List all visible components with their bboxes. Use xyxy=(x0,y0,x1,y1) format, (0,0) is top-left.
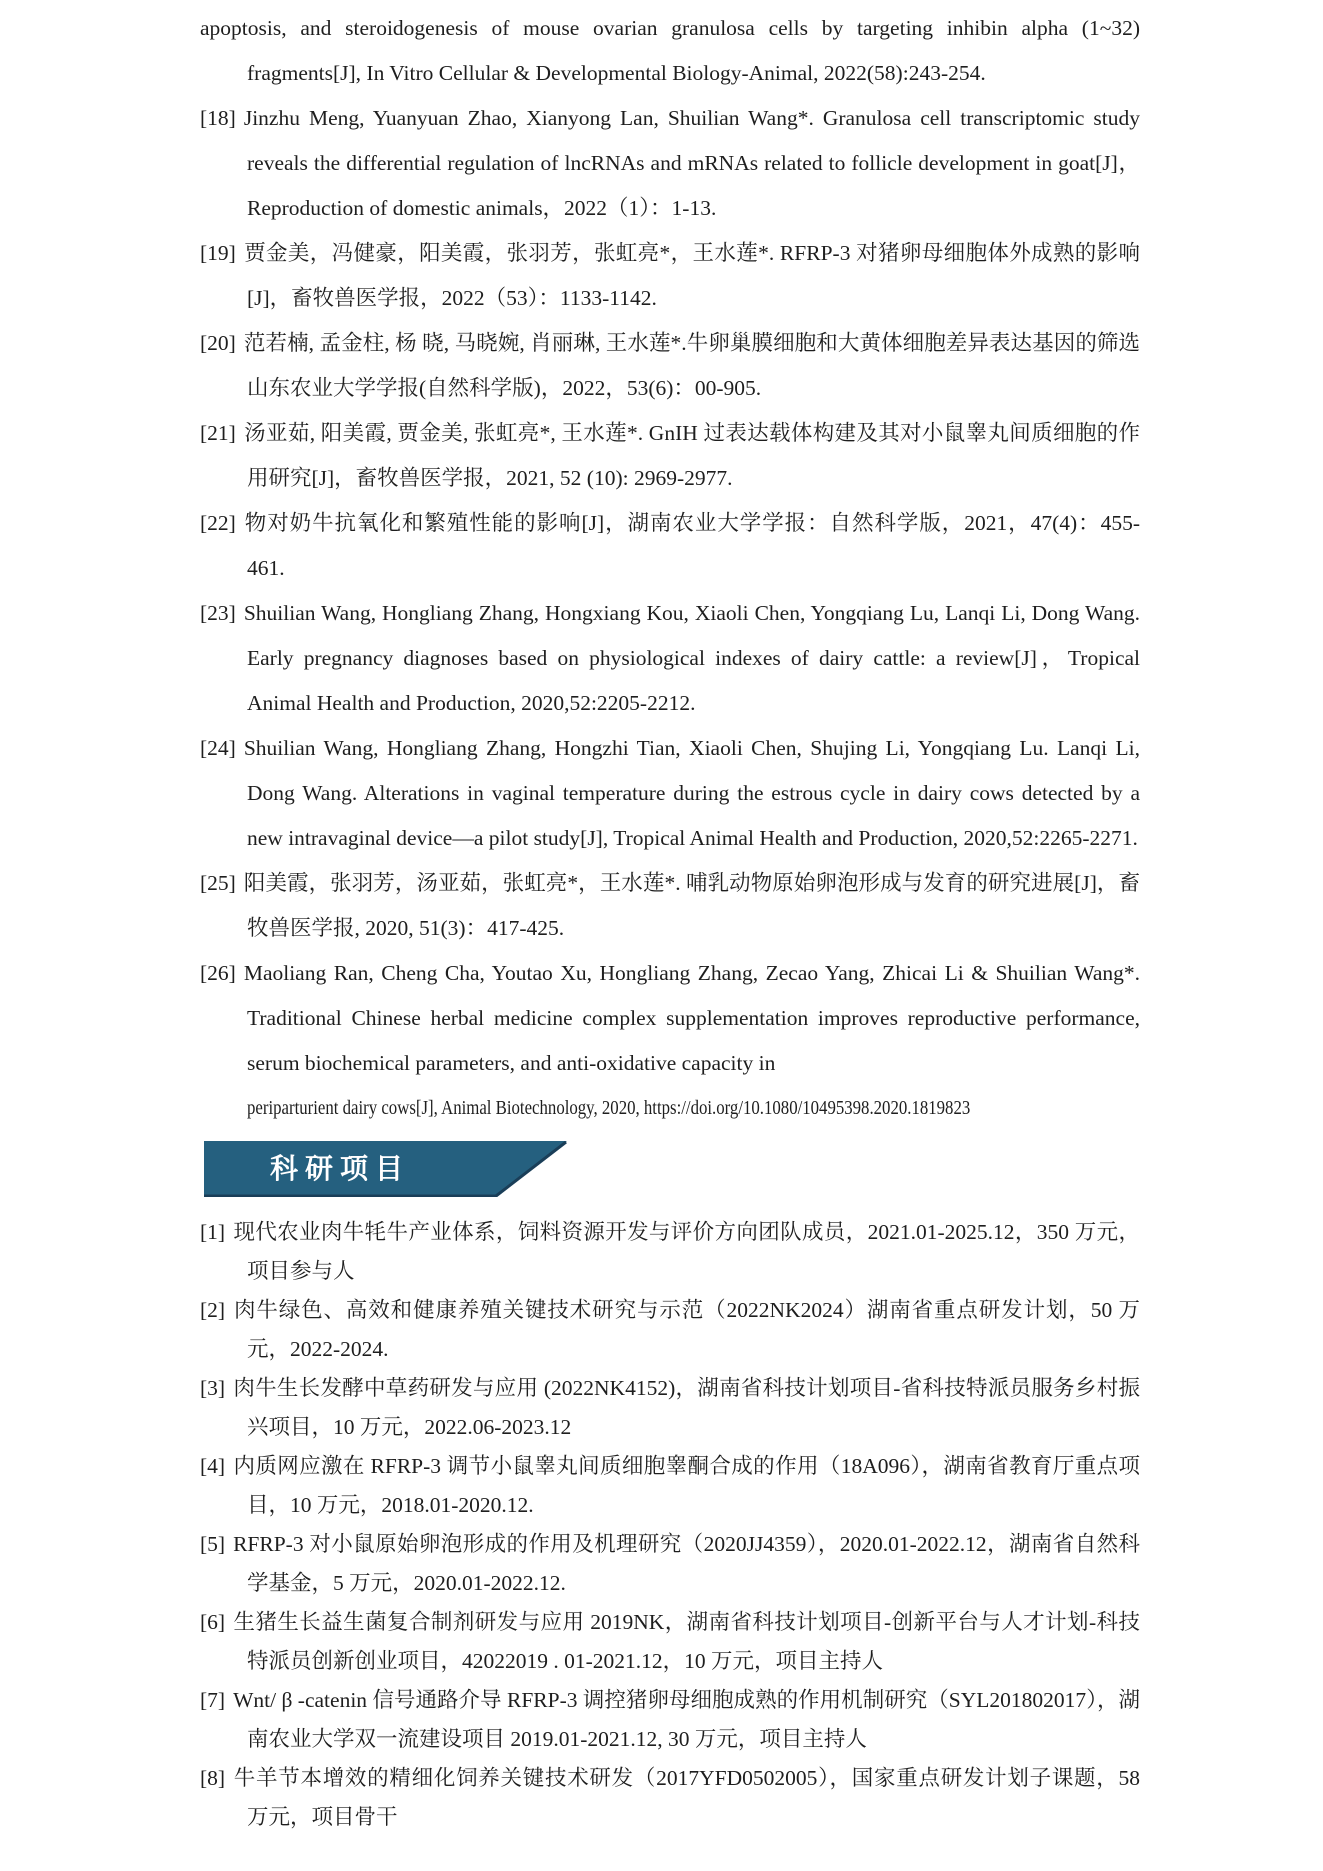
publication-text-condensed: periparturient dairy cows[J], Animal Bio… xyxy=(247,1086,997,1131)
publication-ref-number: [22] xyxy=(200,511,236,535)
project-text: 肉牛绿色、高效和健康养殖关键技术研究与示范（2022NK2024）湖南省重点研发… xyxy=(233,1298,1140,1361)
publication-item: [22]物对奶牛抗氧化和繁殖性能的影响[J]，湖南农业大学学报：自然科学版，20… xyxy=(200,501,1140,591)
publication-ref-number: [18] xyxy=(200,106,236,130)
publication-ref-number: [23] xyxy=(200,601,236,625)
publication-ref-number: [20] xyxy=(200,331,236,355)
publication-text: apoptosis, and steroidogenesis of mouse … xyxy=(200,16,1140,85)
publication-item: [25]阳美霞，张羽芳，汤亚茹，张虹亮*，王水莲*. 哺乳动物原始卵泡形成与发育… xyxy=(200,861,1140,951)
publication-text: 阳美霞，张羽芳，汤亚茹，张虹亮*，王水莲*. 哺乳动物原始卵泡形成与发育的研究进… xyxy=(244,871,1140,940)
project-text: 现代农业肉牛牦牛产业体系，饲料资源开发与评价方向团队成员，2021.01-202… xyxy=(233,1220,1140,1283)
publication-item: [20]范若楠, 孟金柱, 杨 晓, 马晓婉, 肖丽琳, 王水莲*.牛卵巢膜细胞… xyxy=(200,321,1140,411)
project-item: [8]牛羊节本增效的精细化饲养关键技术研发（2017YFD0502005），国家… xyxy=(200,1759,1140,1837)
project-text: 牛羊节本增效的精细化饲养关键技术研发（2017YFD0502005），国家重点研… xyxy=(233,1766,1140,1829)
publication-ref-number: [19] xyxy=(200,241,236,265)
section-banner: 科研项目 xyxy=(204,1141,567,1197)
page-content: apoptosis, and steroidogenesis of mouse … xyxy=(200,6,1140,1837)
project-item: [1]现代农业肉牛牦牛产业体系，饲料资源开发与评价方向团队成员，2021.01-… xyxy=(200,1213,1140,1291)
publication-ref-number: [24] xyxy=(200,736,236,760)
publication-item: apoptosis, and steroidogenesis of mouse … xyxy=(200,6,1140,96)
document-page: apoptosis, and steroidogenesis of mouse … xyxy=(0,0,1323,1871)
publication-item: [26]Maoliang Ran, Cheng Cha, Youtao Xu, … xyxy=(200,951,1140,1131)
project-number: [1] xyxy=(200,1220,225,1244)
project-text: Wnt/ β -catenin 信号通路介导 RFRP-3 调控猪卵母细胞成熟的… xyxy=(233,1688,1140,1751)
project-text: RFRP-3 对小鼠原始卵泡形成的作用及机理研究（2020JJ4359），202… xyxy=(233,1532,1140,1595)
publication-text: 范若楠, 孟金柱, 杨 晓, 马晓婉, 肖丽琳, 王水莲*.牛卵巢膜细胞和大黄体… xyxy=(244,331,1140,400)
publication-item: [19]贾金美，冯健豪，阳美霞，张羽芳，张虹亮*，王水莲*. RFRP-3 对猪… xyxy=(200,231,1140,321)
projects-list: [1]现代农业肉牛牦牛产业体系，饲料资源开发与评价方向团队成员，2021.01-… xyxy=(200,1213,1140,1837)
publication-item: [23]Shuilian Wang, Hongliang Zhang, Hong… xyxy=(200,591,1140,726)
project-number: [7] xyxy=(200,1688,225,1712)
project-text: 生猪生长益生菌复合制剂研发与应用 2019NK，湖南省科技计划项目-创新平台与人… xyxy=(233,1610,1140,1673)
project-item: [5]RFRP-3 对小鼠原始卵泡形成的作用及机理研究（2020JJ4359），… xyxy=(200,1525,1140,1603)
project-number: [6] xyxy=(200,1610,225,1634)
publication-text: 物对奶牛抗氧化和繁殖性能的影响[J]，湖南农业大学学报：自然科学版，2021，4… xyxy=(244,511,1140,580)
project-number: [2] xyxy=(200,1298,225,1322)
publication-ref-number: [25] xyxy=(200,871,236,895)
section-title: 科研项目 xyxy=(204,1141,567,1197)
publication-text: Shuilian Wang, Hongliang Zhang, Hongzhi … xyxy=(244,736,1140,850)
project-item: [4]内质网应激在 RFRP-3 调节小鼠睾丸间质细胞睾酮合成的作用（18A09… xyxy=(200,1447,1140,1525)
project-item: [6]生猪生长益生菌复合制剂研发与应用 2019NK，湖南省科技计划项目-创新平… xyxy=(200,1603,1140,1681)
publication-text: Shuilian Wang, Hongliang Zhang, Hongxian… xyxy=(244,601,1140,715)
publications-list: apoptosis, and steroidogenesis of mouse … xyxy=(200,6,1140,1131)
project-number: [3] xyxy=(200,1376,225,1400)
project-text: 内质网应激在 RFRP-3 调节小鼠睾丸间质细胞睾酮合成的作用（18A096），… xyxy=(233,1454,1140,1517)
publication-text: 贾金美，冯健豪，阳美霞，张羽芳，张虹亮*，王水莲*. RFRP-3 对猪卵母细胞… xyxy=(244,241,1140,310)
publication-text: Jinzhu Meng, Yuanyuan Zhao, Xianyong Lan… xyxy=(244,106,1140,220)
publication-item: [21]汤亚茹, 阳美霞, 贾金美, 张虹亮*, 王水莲*. GnIH 过表达载… xyxy=(200,411,1140,501)
project-item: [7]Wnt/ β -catenin 信号通路介导 RFRP-3 调控猪卵母细胞… xyxy=(200,1681,1140,1759)
publication-ref-number: [26] xyxy=(200,961,236,985)
publication-text: 汤亚茹, 阳美霞, 贾金美, 张虹亮*, 王水莲*. GnIH 过表达载体构建及… xyxy=(244,421,1140,490)
project-item: [3]肉牛生长发酵中草药研发与应用 (2022NK4152)，湖南省科技计划项目… xyxy=(200,1369,1140,1447)
project-item: [2]肉牛绿色、高效和健康养殖关键技术研究与示范（2022NK2024）湖南省重… xyxy=(200,1291,1140,1369)
project-number: [4] xyxy=(200,1454,225,1478)
project-number: [8] xyxy=(200,1766,225,1790)
publication-ref-number: [21] xyxy=(200,421,236,445)
publication-item: [24]Shuilian Wang, Hongliang Zhang, Hong… xyxy=(200,726,1140,861)
publication-item: [18]Jinzhu Meng, Yuanyuan Zhao, Xianyong… xyxy=(200,96,1140,231)
publication-text: Maoliang Ran, Cheng Cha, Youtao Xu, Hong… xyxy=(244,961,1140,1075)
project-number: [5] xyxy=(200,1532,225,1556)
project-text: 肉牛生长发酵中草药研发与应用 (2022NK4152)，湖南省科技计划项目-省科… xyxy=(233,1376,1140,1439)
